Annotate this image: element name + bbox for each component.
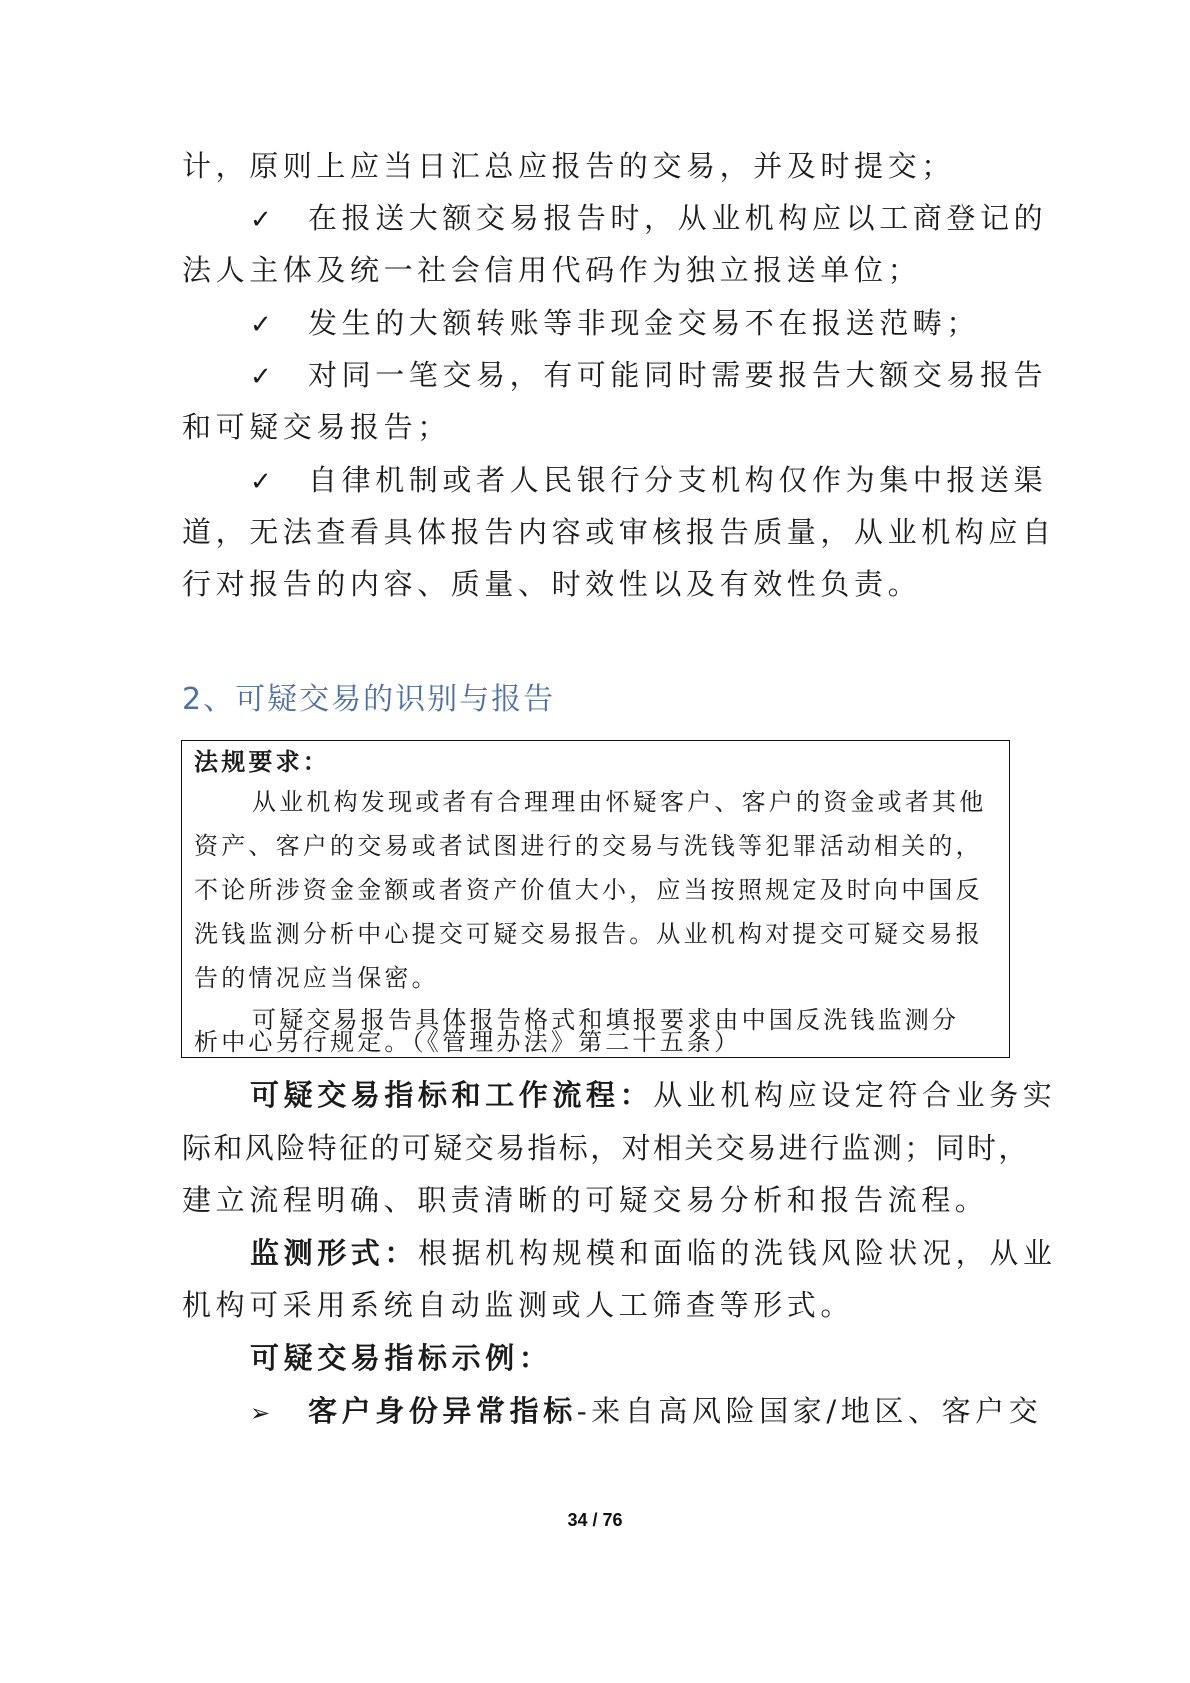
regulation-line: 洗钱监测分析中心提交可疑交易报告。从业机构对提交可疑交易报 (194, 917, 983, 951)
text-line: 建立流程明确、职责清晰的可疑交易分析和报告流程。 (182, 1180, 988, 1220)
checklist-item: ✓发生的大额转账等非现金交易不在报送范畴； (250, 303, 980, 345)
text-line: 道，无法查看具体报告内容或审核报告质量，从业机构应自 (182, 512, 1056, 552)
regulation-box: 法规要求： 从业机构发现或者有合理理由怀疑客户、客户的资金或者其他 资产、客户的… (181, 740, 1010, 1058)
text-line: 行对报告的内容、质量、时效性以及有效性负责。 (182, 564, 921, 604)
text-line: 计，原则上应当日汇总应报告的交易，并及时提交； (182, 146, 955, 186)
examples-heading: 可疑交易指标示例： (250, 1338, 552, 1378)
checklist-item: ✓在报送大额交易报告时，从业机构应以工商登记的 (250, 198, 1047, 240)
section-heading: 2、可疑交易的识别与报告 (182, 680, 555, 720)
text-line: 机构可采用系统自动监测或人工筛查等形式。 (182, 1285, 854, 1325)
document-page: 计，原则上应当日汇总应报告的交易，并及时提交； ✓在报送大额交易报告时，从业机构… (0, 0, 1190, 1683)
checkmark-icon: ✓ (250, 200, 308, 240)
bold-label: 客户身份异常指标 (308, 1394, 577, 1428)
paragraph-indicators: 可疑交易指标和工作流程：从业机构应设定符合业务实 (250, 1075, 1056, 1115)
regulation-line: 告的情况应当保密。 (194, 961, 439, 995)
arrow-bullet-icon: ➢ (250, 1393, 308, 1433)
regulation-title: 法规要求： (194, 745, 330, 779)
bold-label: 可疑交易指标和工作流程： (250, 1078, 653, 1112)
regulation-line: 从业机构发现或者有合理理由怀疑客户、客户的资金或者其他 (252, 785, 986, 819)
page-number: 34 / 76 (0, 1510, 1190, 1531)
regulation-line: 资产、客户的交易或者试图进行的交易与洗钱等犯罪活动相关的， (194, 829, 983, 863)
text-line: 法人主体及统一社会信用代码作为独立报送单位； (182, 250, 921, 290)
paragraph-monitoring: 监测形式：根据机构规模和面临的洗钱风险状况，从业 (250, 1233, 1056, 1273)
checklist-item: ✓对同一笔交易，有可能同时需要报告大额交易报告 (250, 355, 1047, 397)
checkmark-icon: ✓ (250, 357, 308, 397)
bullet-item: ➢客户身份异常指标-来自高风险国家/地区、客户交 (250, 1391, 1042, 1433)
checkmark-icon: ✓ (250, 305, 308, 345)
checkmark-icon: ✓ (250, 462, 308, 502)
regulation-line: 析中心另行规定。（《管理办法》第二十五条） (194, 1025, 741, 1059)
text-line: 际和风险特征的可疑交易指标，对相关交易进行监测；同时， (182, 1128, 1030, 1168)
bold-label: 监测形式： (250, 1236, 418, 1270)
regulation-line: 不论所涉资金金额或者资产价值大小，应当按照规定及时向中国反 (194, 873, 983, 907)
text-line: 和可疑交易报告； (182, 407, 451, 447)
checklist-item: ✓自律机制或者人民银行分支机构仅作为集中报送渠 (250, 460, 1047, 502)
